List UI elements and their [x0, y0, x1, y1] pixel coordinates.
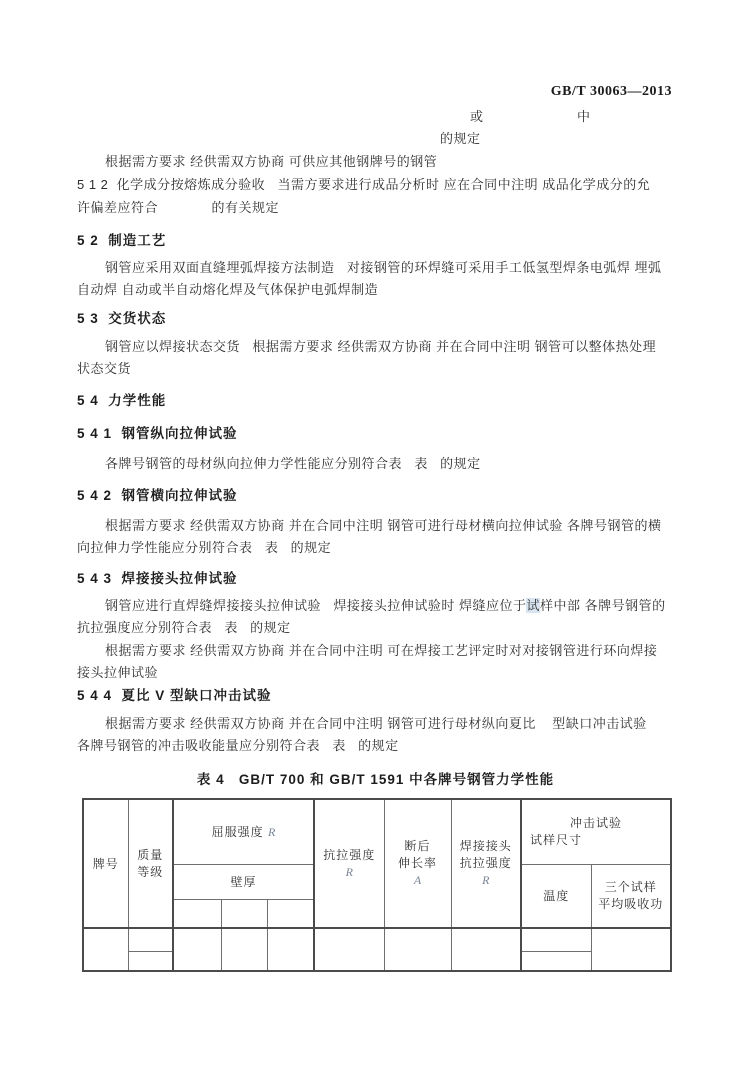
th-impact-test: 冲击试验 试样尺寸 [521, 799, 671, 864]
cell-yield-1 [173, 928, 221, 971]
clause-544-line1: 根据需方要求 经供需双方协商 并在合同中注明 钢管可进行母材纵向夏比 型缺口冲击… [105, 715, 647, 732]
heading-5-4: 5 4 力学性能 [77, 392, 166, 409]
clause-52-line2: 自动焊 自动或半自动熔化焊及气体保护电弧焊制造 [77, 281, 378, 298]
cell-quality-2 [128, 951, 173, 971]
heading-5-2: 5 2 制造工艺 [77, 232, 166, 249]
orphan-text-zhong: 中 [577, 108, 591, 125]
clause-543-line1: 钢管应进行直焊缝焊接接头拉伸试验 焊接接头拉伸试验时 焊缝应位于试样中部 各牌号… [105, 597, 666, 614]
clause-543-line3: 根据需方要求 经供需双方协商 并在合同中注明 可在焊接工艺评定时对对接钢管进行环… [105, 642, 657, 659]
orphan-text-or: 或 [470, 108, 484, 125]
th-quality-level: 质量 等级 [128, 799, 173, 928]
th-yield-strength: 屈服强度 R [173, 799, 314, 864]
cell-grade [83, 928, 128, 971]
heading-5-4-4: 5 4 4 夏比 V 型缺口冲击试验 [77, 687, 272, 704]
cell-elongation [384, 928, 451, 971]
th-wall-sub-3 [267, 899, 314, 928]
cell-temperature-1 [521, 928, 591, 951]
clause-544-line2: 各牌号钢管的冲击吸收能量应分别符合表 表 的规定 [77, 737, 399, 754]
th-tensile-strength: 抗拉强度 R [314, 799, 384, 928]
clause-543-line1-post: 样中部 各牌号钢管的 [540, 598, 666, 613]
clause-512-line2: 许偏差应符合 的有关规定 [77, 199, 279, 216]
clause-52-line1: 钢管应采用双面直缝埋弧焊接方法制造 对接钢管的环焊缝可采用手工低氢型焊条电弧焊 … [105, 259, 661, 276]
cell-yield-3 [267, 928, 314, 971]
clause-542-line1: 根据需方要求 经供需双方协商 并在合同中注明 钢管可进行母材横向拉伸试验 各牌号… [105, 517, 661, 534]
mechanical-properties-table: 牌号 质量 等级 屈服强度 R 抗拉强度 R 断后 伸长率 A 焊接接头 抗拉强… [82, 798, 672, 972]
cell-quality-1 [128, 928, 173, 951]
cell-yield-2 [221, 928, 267, 971]
cell-tensile [314, 928, 384, 971]
th-wall-sub-2 [221, 899, 267, 928]
clause-512-line1: 5 1 2 化学成分按熔炼成分验收 当需方要求进行成品分析时 应在合同中注明 成… [77, 176, 650, 193]
standard-number: GB/T 30063—2013 [551, 84, 672, 100]
th-temperature: 温度 [521, 864, 591, 928]
clause-53-line1: 钢管应以焊接状态交货 根据需方要求 经供需双方协商 并在合同中注明 钢管可以整体… [105, 338, 656, 355]
clause-543-line2: 抗拉强度应分别符合表 表 的规定 [77, 619, 291, 636]
heading-5-4-2: 5 4 2 钢管横向拉伸试验 [77, 487, 238, 504]
th-impact-energy: 三个试样 平均吸收功 [591, 864, 671, 928]
cell-temperature-2 [521, 951, 591, 971]
clause-53-line2: 状态交货 [77, 360, 131, 377]
th-wall-sub-1 [173, 899, 221, 928]
th-weld-joint-tensile: 焊接接头 抗拉强度 R [451, 799, 521, 928]
para-other-grades: 根据需方要求 经供需双方协商 可供应其他钢牌号的钢管 [105, 153, 437, 170]
th-wall-thickness: 壁厚 [173, 864, 314, 899]
heading-5-4-1: 5 4 1 钢管纵向拉伸试验 [77, 425, 238, 442]
th-grade: 牌号 [83, 799, 128, 928]
heading-5-3: 5 3 交货状态 [77, 310, 166, 327]
scan-highlight-artifact: 试 [526, 598, 540, 613]
document-page: GB/T 30063—2013 或 中 的规定 根据需方要求 经供需双方协商 可… [0, 0, 751, 1072]
table-4-caption: 表 4 GB/T 700 和 GB/T 1591 中各牌号钢管力学性能 [0, 768, 751, 788]
cell-impact-energy [591, 928, 671, 971]
clause-541-line1: 各牌号钢管的母材纵向拉伸力学性能应分别符合表 表 的规定 [105, 455, 481, 472]
clause-542-line2: 向拉伸力学性能应分别符合表 表 的规定 [77, 539, 331, 556]
clause-543-line1-pre: 钢管应进行直焊缝焊接接头拉伸试验 焊接接头拉伸试验时 焊缝应位于 [105, 598, 526, 613]
cell-weld-tensile [451, 928, 521, 971]
th-elongation: 断后 伸长率 A [384, 799, 451, 928]
orphan-text-de-guiding: 的规定 [440, 130, 481, 147]
clause-543-line4: 接头拉伸试验 [77, 664, 158, 681]
heading-5-4-3: 5 4 3 焊接接头拉伸试验 [77, 570, 238, 587]
